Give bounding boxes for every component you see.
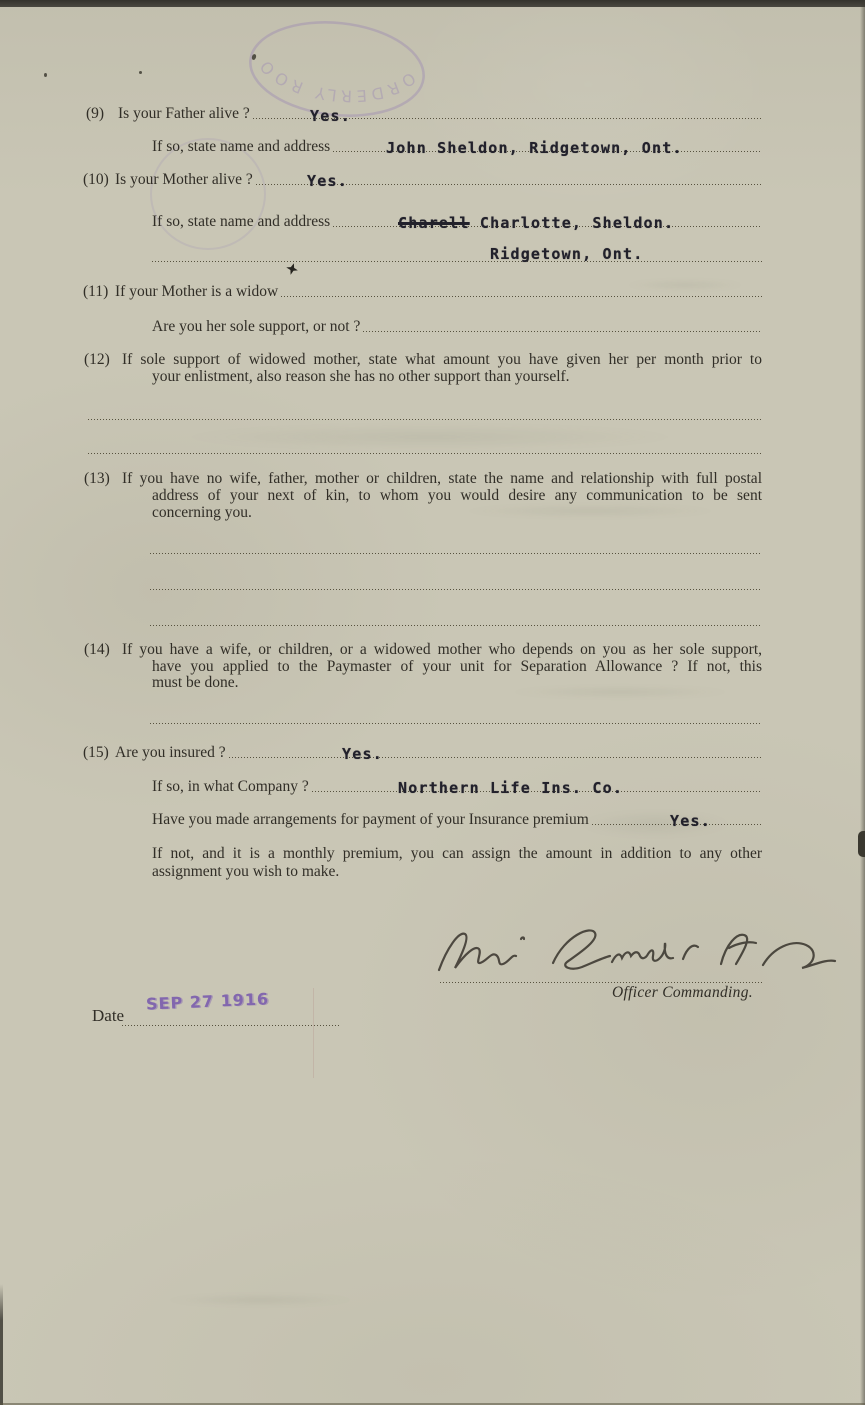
ink-speck — [44, 73, 47, 77]
scan-edge-right — [860, 0, 865, 1405]
date-label: Date — [92, 1005, 124, 1027]
question-10-answer: Yes. — [307, 172, 348, 190]
scan-edge-notch — [858, 831, 865, 857]
question-10-row: (10)Is your Mother alive ? — [83, 170, 762, 189]
question-10-sub-answer: Charell Charlotte, Sheldon. — [398, 214, 674, 232]
question-9-sub-label: If so, state name and address — [152, 137, 330, 156]
date-dotted-line — [122, 1025, 339, 1026]
blank-answer-line — [150, 625, 762, 626]
question-13-line-3: concerning you. — [152, 503, 252, 522]
dotted-leader — [281, 296, 762, 297]
question-15-number: (15) — [83, 743, 115, 762]
bleed-through-smudge — [140, 1292, 380, 1308]
question-10-sub-answer-line2: Ridgetown, Ont. — [490, 245, 643, 263]
date-stamp: SEP 27 1916 — [146, 989, 270, 1013]
question-15-label: Are you insured ? — [115, 743, 226, 762]
question-15-premium-label: Have you made arrangements for payment o… — [152, 810, 589, 829]
struck-word: Charell — [398, 214, 470, 232]
question-9-row: (9)Is your Father alive ? — [86, 104, 762, 123]
question-11-row: (11)If your Mother is a widow — [83, 282, 762, 301]
question-15-note-line-1: If not, and it is a monthly premium, you… — [152, 844, 762, 863]
signature-handwriting — [425, 918, 855, 986]
question-9-answer: Yes. — [310, 107, 351, 125]
question-11-label: If your Mother is a widow — [115, 282, 278, 301]
blank-answer-line — [150, 589, 762, 590]
question-9-label: Is your Father alive ? — [118, 104, 250, 123]
signature-role-label: Officer Commanding. — [560, 984, 805, 1002]
question-15-row: (15)Are you insured ? — [83, 743, 762, 762]
question-10-label: Is your Mother alive ? — [115, 170, 253, 189]
question-13-number: (13) — [84, 469, 110, 488]
dotted-leader — [229, 757, 762, 758]
bleed-through-smudge — [480, 684, 760, 700]
question-15-premium-answer: Yes. — [670, 812, 711, 830]
question-11-sub-label: Are you her sole support, or not ? — [152, 317, 360, 336]
scan-edge-top — [0, 0, 865, 7]
signature-dotted-line — [440, 982, 763, 983]
blank-answer-line — [88, 419, 762, 420]
dotted-leader — [363, 331, 762, 332]
blank-answer-line — [88, 453, 762, 454]
question-15-answer: Yes. — [342, 745, 383, 763]
question-11-number: (11) — [83, 282, 115, 301]
question-15-company-label: If so, in what Company ? — [152, 777, 309, 796]
question-14-number: (14) — [84, 640, 110, 659]
question-12-line-2: your enlistment, also reason she has no … — [152, 367, 570, 386]
scanned-form-page: ORDERLY ROOM (9)Is your Father alive ? Y… — [0, 0, 865, 1405]
paper-crease — [313, 988, 314, 1078]
scan-edge-left — [0, 1284, 3, 1405]
question-10-sub-answer-rest: Charlotte, Sheldon. — [470, 214, 675, 232]
bleed-through-smudge — [120, 420, 740, 454]
ink-speck — [139, 71, 142, 74]
blank-answer-line — [150, 723, 762, 724]
question-10-number: (10) — [83, 170, 115, 189]
blank-answer-line — [150, 553, 762, 554]
question-12-number: (12) — [84, 350, 110, 369]
question-14-line-3: must be done. — [152, 673, 239, 692]
question-11-sub-row: Are you her sole support, or not ? — [152, 317, 762, 336]
question-9-number: (9) — [86, 104, 118, 123]
question-15-note-line-2: assignment you wish to make. — [152, 862, 339, 881]
question-15-company-answer: Northern Life Ins. Co. — [398, 779, 623, 797]
dotted-line — [152, 261, 762, 262]
question-10-sub-label: If so, state name and address — [152, 212, 330, 231]
question-14-line-2: have you applied to the Paymaster of you… — [152, 657, 762, 676]
ink-blot — [284, 261, 299, 276]
question-9-sub-answer: John Sheldon, Ridgetown, Ont. — [386, 139, 683, 157]
